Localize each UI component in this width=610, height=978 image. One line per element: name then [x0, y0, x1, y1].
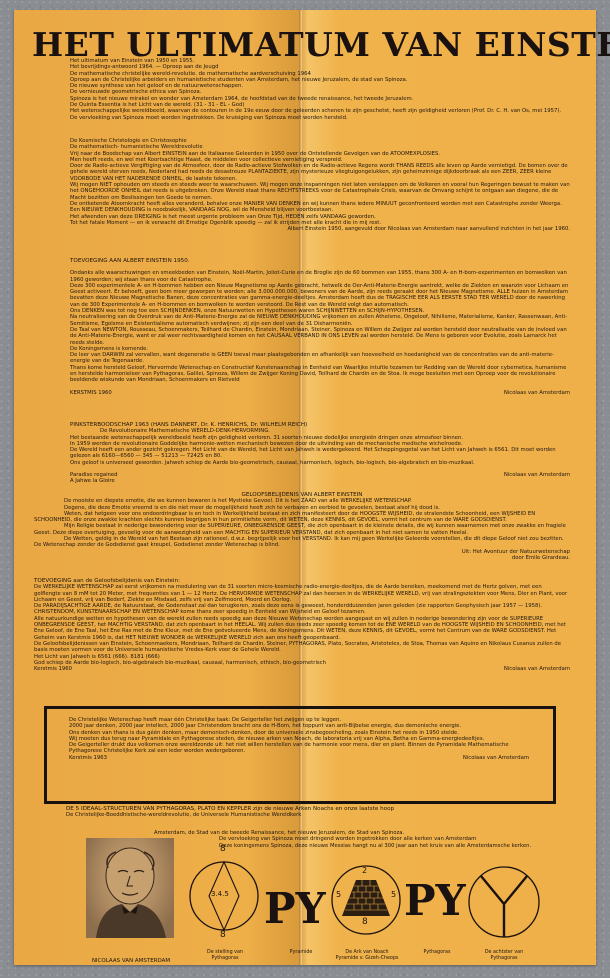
framed-box: De Christelijke Wetenschap heeft maar éé…: [44, 706, 556, 804]
amsterdam-line-2: Deze koningsmens Spinoza, deze nieuwe Me…: [154, 843, 574, 849]
toevoeging-geloof-line: De Geloofsbelijdenissen van Einstein, Sc…: [34, 641, 570, 654]
geloofsbelijdenis: GELOOFSBELIJDENIS VAN ALBERT EINSTEIN De…: [34, 492, 570, 561]
pinkster-signature: Nicolaas van Amsterdam: [504, 472, 570, 485]
box-signature: Nicolaas van Amsterdam: [463, 755, 529, 761]
geloofsbelijdenis-paragraph: De Wetten, geldig in de Wereld van het B…: [34, 536, 570, 549]
toevoeging-geloofsbelijdenis: TOEVOEGING aan de Geloofsbelijdenis van …: [34, 578, 570, 672]
box-date: Kerstmis 1963: [69, 755, 107, 761]
poster-title: HET ULTIMATUM VAN EINSTEIN: [32, 28, 578, 62]
ideaal-structuren: DE 5 IDEAAL-STRUCTUREN VAN PYTHAGORAS, P…: [66, 806, 566, 819]
box-line: 2000 jaar denken, 2000 jaar intellect, 2…: [69, 723, 529, 729]
pinkster-line: De Wereld heeft een ander gezicht gekreg…: [70, 447, 570, 460]
toevoeging-1950-line: Thans kome hersteld Geloof, Hervormde We…: [70, 365, 570, 384]
py-letters-2: PY: [404, 880, 466, 922]
einstein-line: Wij mogen NIET ophouden om steeds en ste…: [70, 182, 570, 201]
toevoeging-1950-line: Deze 300 experimentele A- en H-bommen he…: [70, 283, 570, 308]
stelling-caption: De stelling van Pythagoras: [190, 950, 260, 962]
stelling-van-pythagoras-symbol: 8 3.4.5 8: [186, 850, 262, 946]
geloofsbelijdenis-paragraph: Mijn Religie bestaat in nederige bewonde…: [34, 523, 570, 536]
ark-left-number: 5: [336, 890, 341, 899]
poster: HET ULTIMATUM VAN EINSTEIN Het ultimatum…: [14, 10, 596, 965]
toevoeging-geloof-line: Alle natuurkundige wetten en hypothesen …: [34, 616, 570, 641]
toevoeging-1950: TOEVOEGING AAN ALBERT EINSTEIN 1950. Ond…: [70, 258, 570, 396]
pythagoras-top-number: 8: [220, 844, 226, 854]
portrait-nicolaas-van-amsterdam: [86, 838, 174, 938]
kerstmis-date: KERSTMIS 1960: [70, 390, 112, 396]
ark-caption-line-2: Pyramide v. Gizeh-Cheops: [320, 956, 414, 962]
toevoeging-1950-line: De Taal van NEWTON, Rousseau, Schoenmake…: [70, 327, 570, 346]
achtster-van-pythagoras-symbol: [466, 862, 542, 946]
einstein-line: Door de Radio-actieve Vergiftiging van d…: [70, 163, 570, 182]
einstein-signature: Albert Einstein 1950, aangevuld door Nic…: [70, 226, 570, 232]
ark-top-number: 2: [362, 866, 367, 875]
toevoeging-1950-line: Ondanks alle waarschuwingen en smeekbede…: [70, 270, 570, 283]
pinksterboodschap: PINKSTERBOODSCHAP 1963 (HANS DANNERT, Dr…: [70, 422, 570, 485]
ark-right-number: 5: [391, 890, 396, 899]
ark-caption: De Ark van Noach Pyramide v. Gizeh-Cheop…: [320, 950, 414, 962]
stelling-caption-line-2: Pythagoras: [190, 956, 260, 962]
ark-bottom-number: 8: [362, 917, 368, 927]
box-line: De Geigerteller drukt dus volkomen onze …: [69, 742, 529, 755]
intro-line: De vervloeking van Spinoza moet worden i…: [70, 115, 570, 121]
source-line-2: door Emile Girardeau.: [34, 555, 570, 561]
toevoeging-1950-line: Na neutralisering van de Overdruk van de…: [70, 314, 570, 327]
toevoeging-1950-line: De leer van DARWIN zal vervallen, want d…: [70, 352, 570, 365]
a-jahwe-la-gloire: A Jahwe la Gloire: [70, 478, 118, 484]
amsterdam-text: Amsterdam, de Stad van de tweede Renaiss…: [154, 830, 574, 849]
pythagoras-bottom-number: 8: [220, 930, 226, 940]
intro-block: Het ultimatum van Einstein van 1950 en 1…: [70, 58, 570, 121]
toevoeging-geloof-signature: Nicolaas van Amsterdam: [504, 666, 570, 672]
toevoeging-1950-signature: Nicolaas van Amsterdam: [504, 390, 570, 396]
ideaal-line-2: De Christelijke-Boeddhistische-wereldrev…: [66, 812, 566, 818]
py-letters-1: PY: [264, 888, 326, 930]
ark-van-noach-symbol: 2 5 5 8: [328, 860, 404, 944]
toevoeging-geloof-date: Kerstmis 1960: [34, 666, 72, 672]
geloofsbelijdenis-paragraph: Weten, dat hetgeen voor ons ondoordringb…: [34, 511, 570, 524]
pythagoras-center-label: 3.4.5: [211, 890, 229, 898]
toevoeging-geloof-line: De PARADIJSACHTIGE AARDE, de Natuurstaat…: [34, 603, 570, 616]
toevoeging-geloof-line: De WERKELIJKE WETENSCHAP zal eerst vrijk…: [34, 584, 570, 603]
portrait-caption: NICOLAAS VAN AMSTERDAM: [76, 958, 186, 964]
einstein-message: De Kosmische Christologie en Christosoph…: [70, 138, 570, 232]
intro-line: Het wetenschappelijke wereldbeeld, waarv…: [70, 108, 570, 114]
pyramide-caption: Pyramide: [276, 950, 326, 956]
achtster-caption: De achtster van Pythagoras: [466, 950, 542, 962]
achtster-caption-line-2: Pythagoras: [466, 956, 542, 962]
pythagoras-caption: Pythagoras: [412, 950, 462, 956]
